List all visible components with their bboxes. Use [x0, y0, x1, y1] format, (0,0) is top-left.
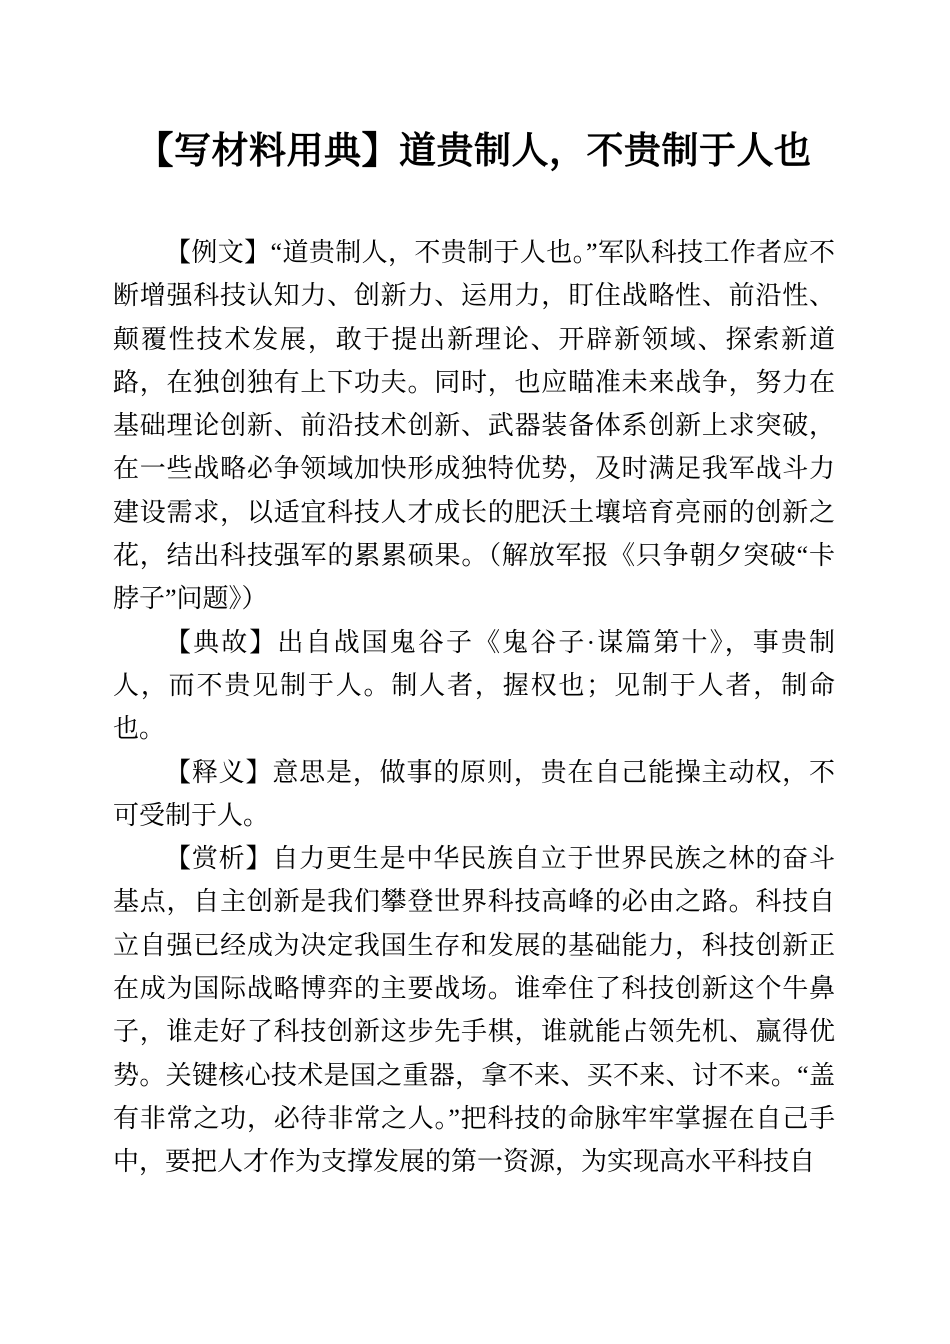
paragraph-shiyi-definition: 【释义】意思是，做事的原则，贵在自己能操主动权，不可受制于人。	[113, 751, 835, 838]
document-title: 【写材料用典】道贵制人，不贵制于人也	[113, 128, 835, 176]
paragraph-liwen-example: 【例文】“道贵制人，不贵制于人也。”军队科技工作者应不断增强科技认知力、创新力、…	[113, 231, 835, 621]
paragraph-shangxi-appreciation: 【赏析】自力更生是中华民族自立于世界民族之林的奋斗基点，自主创新是我们攀登世界科…	[113, 837, 835, 1183]
document-body: 【写材料用典】道贵制人，不贵制于人也 【例文】“道贵制人，不贵制于人也。”军队科…	[0, 128, 950, 1184]
document-page: 【写材料用典】道贵制人，不贵制于人也 【例文】“道贵制人，不贵制于人也。”军队科…	[0, 0, 950, 1344]
paragraph-diangu-allusion: 【典故】出自战国鬼谷子《鬼谷子·谋篇第十》，事贵制人，而不贵见制于人。制人者，握…	[113, 621, 835, 751]
